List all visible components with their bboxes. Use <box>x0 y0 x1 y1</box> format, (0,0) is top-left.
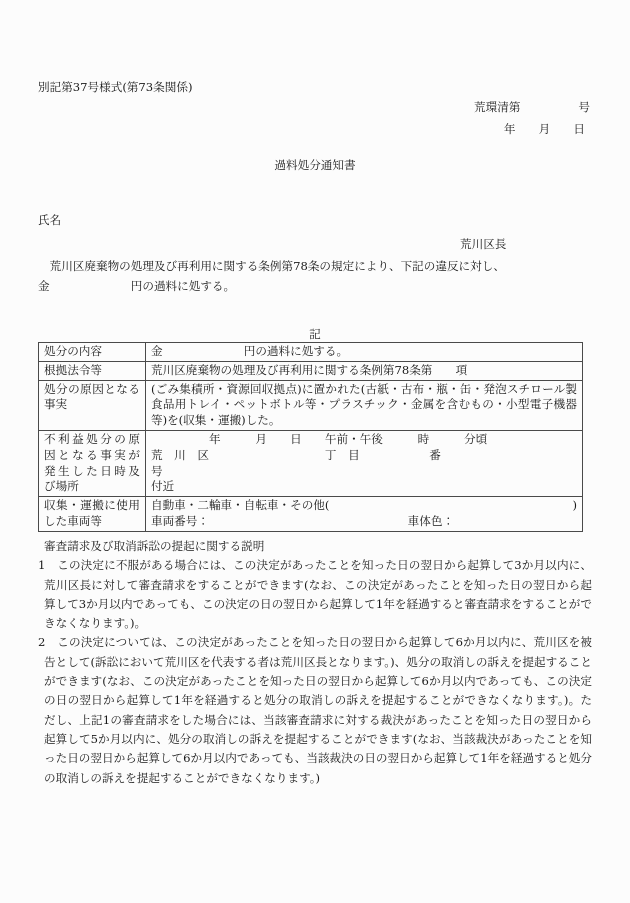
table-row-legal-basis: 根拠法令等 荒川区廃棄物の処理及び再利用に関する条例第78条第 項 <box>39 361 583 380</box>
issuer-name: 荒川区長 <box>460 235 592 255</box>
intro-line-1: 荒川区廃棄物の処理及び再利用に関する条例第78条の規定により、下記の違反に対し、 <box>38 257 592 277</box>
row-label-legal-basis: 根拠法令等 <box>39 361 146 380</box>
document-number-line: 荒環清第 号 <box>38 98 590 118</box>
body-color-label: 車体色： <box>408 514 454 528</box>
row-value-disposition: 金 円の過料に処する。 <box>145 343 582 362</box>
explanation-heading: 審査請求及び取消訴訟の提起に関する説明 <box>44 537 592 557</box>
address-blank-line: 荒 川 区 丁 目 番 号 <box>151 448 577 480</box>
explanation-item-2: 2 この決定については、この決定があったことを知った日の翌日から起算して6か月以… <box>38 633 592 787</box>
table-row-vehicle: 収集・運搬に使用 した車両等 自動車・二輪車・自転車・その他( ) 車両番号： … <box>39 497 583 532</box>
row-label-disposition: 処分の内容 <box>39 343 146 362</box>
row-label-datetime-place: 不利益処分の原 因となる事実が 発生した日時及 び場所 <box>39 430 146 496</box>
intro-line-2: 金 円の過料に処する。 <box>38 277 592 297</box>
explanation-item-1: 1 この決定に不服がある場合には、この決定があったことを知った日の翌日から起算し… <box>38 556 592 633</box>
row-value-datetime-place: 年 月 日 午前・午後 時 分頃 荒 川 区 丁 目 番 号 付近 <box>145 430 582 496</box>
row-value-legal-basis: 荒川区廃棄物の処理及び再利用に関する条例第78条第 項 <box>145 361 582 380</box>
form-reference: 別記第37号様式(第73条関係) <box>38 78 592 98</box>
address-suffix: 付近 <box>151 479 577 495</box>
row-value-vehicle: 自動車・二輪車・自転車・その他( ) 車両番号： 車体色： <box>145 497 582 532</box>
date-line: 年 月 日 <box>38 120 585 140</box>
table-row-disposition: 処分の内容 金 円の過料に処する。 <box>39 343 583 362</box>
vehicle-number-label: 車両番号： <box>151 514 404 530</box>
table-row-datetime-place: 不利益処分の原 因となる事実が 発生した日時及 び場所 年 月 日 午前・午後 … <box>39 430 583 496</box>
vehicle-detail-line: 車両番号： 車体色： <box>151 514 577 530</box>
penalty-details-table: 処分の内容 金 円の過料に処する。 根拠法令等 荒川区廃棄物の処理及び再利用に関… <box>38 342 583 532</box>
intro-paragraph: 荒川区廃棄物の処理及び再利用に関する条例第78条の規定により、下記の違反に対し、… <box>38 257 592 296</box>
vehicle-type-close-paren: ) <box>572 498 577 514</box>
vehicle-type-options: 自動車・二輪車・自転車・その他( <box>151 498 329 514</box>
table-caption: 記 <box>38 326 592 342</box>
table-row-facts: 処分の原因となる 事実 (ごみ集積所・資源回収拠点)に置かれた(古紙・古布・瓶・… <box>39 380 583 430</box>
row-label-vehicle: 収集・運搬に使用 した車両等 <box>39 497 146 532</box>
row-value-facts: (ごみ集積所・資源回収拠点)に置かれた(古紙・古布・瓶・缶・発泡スチロール製食品… <box>145 380 582 430</box>
vehicle-type-line: 自動車・二輪車・自転車・その他( ) <box>151 498 577 514</box>
datetime-blank-line: 年 月 日 午前・午後 時 分頃 <box>151 432 577 448</box>
appeal-explanation-section: 審査請求及び取消訴訟の提起に関する説明 1 この決定に不服がある場合には、この決… <box>38 537 592 788</box>
addressee-name-label: 氏名 <box>38 211 592 231</box>
notice-document: 別記第37号様式(第73条関係) 荒環清第 号 年 月 日 過料処分通知書 氏名… <box>0 0 630 788</box>
page-title: 過料処分通知書 <box>38 156 592 176</box>
row-label-facts: 処分の原因となる 事実 <box>39 380 146 430</box>
